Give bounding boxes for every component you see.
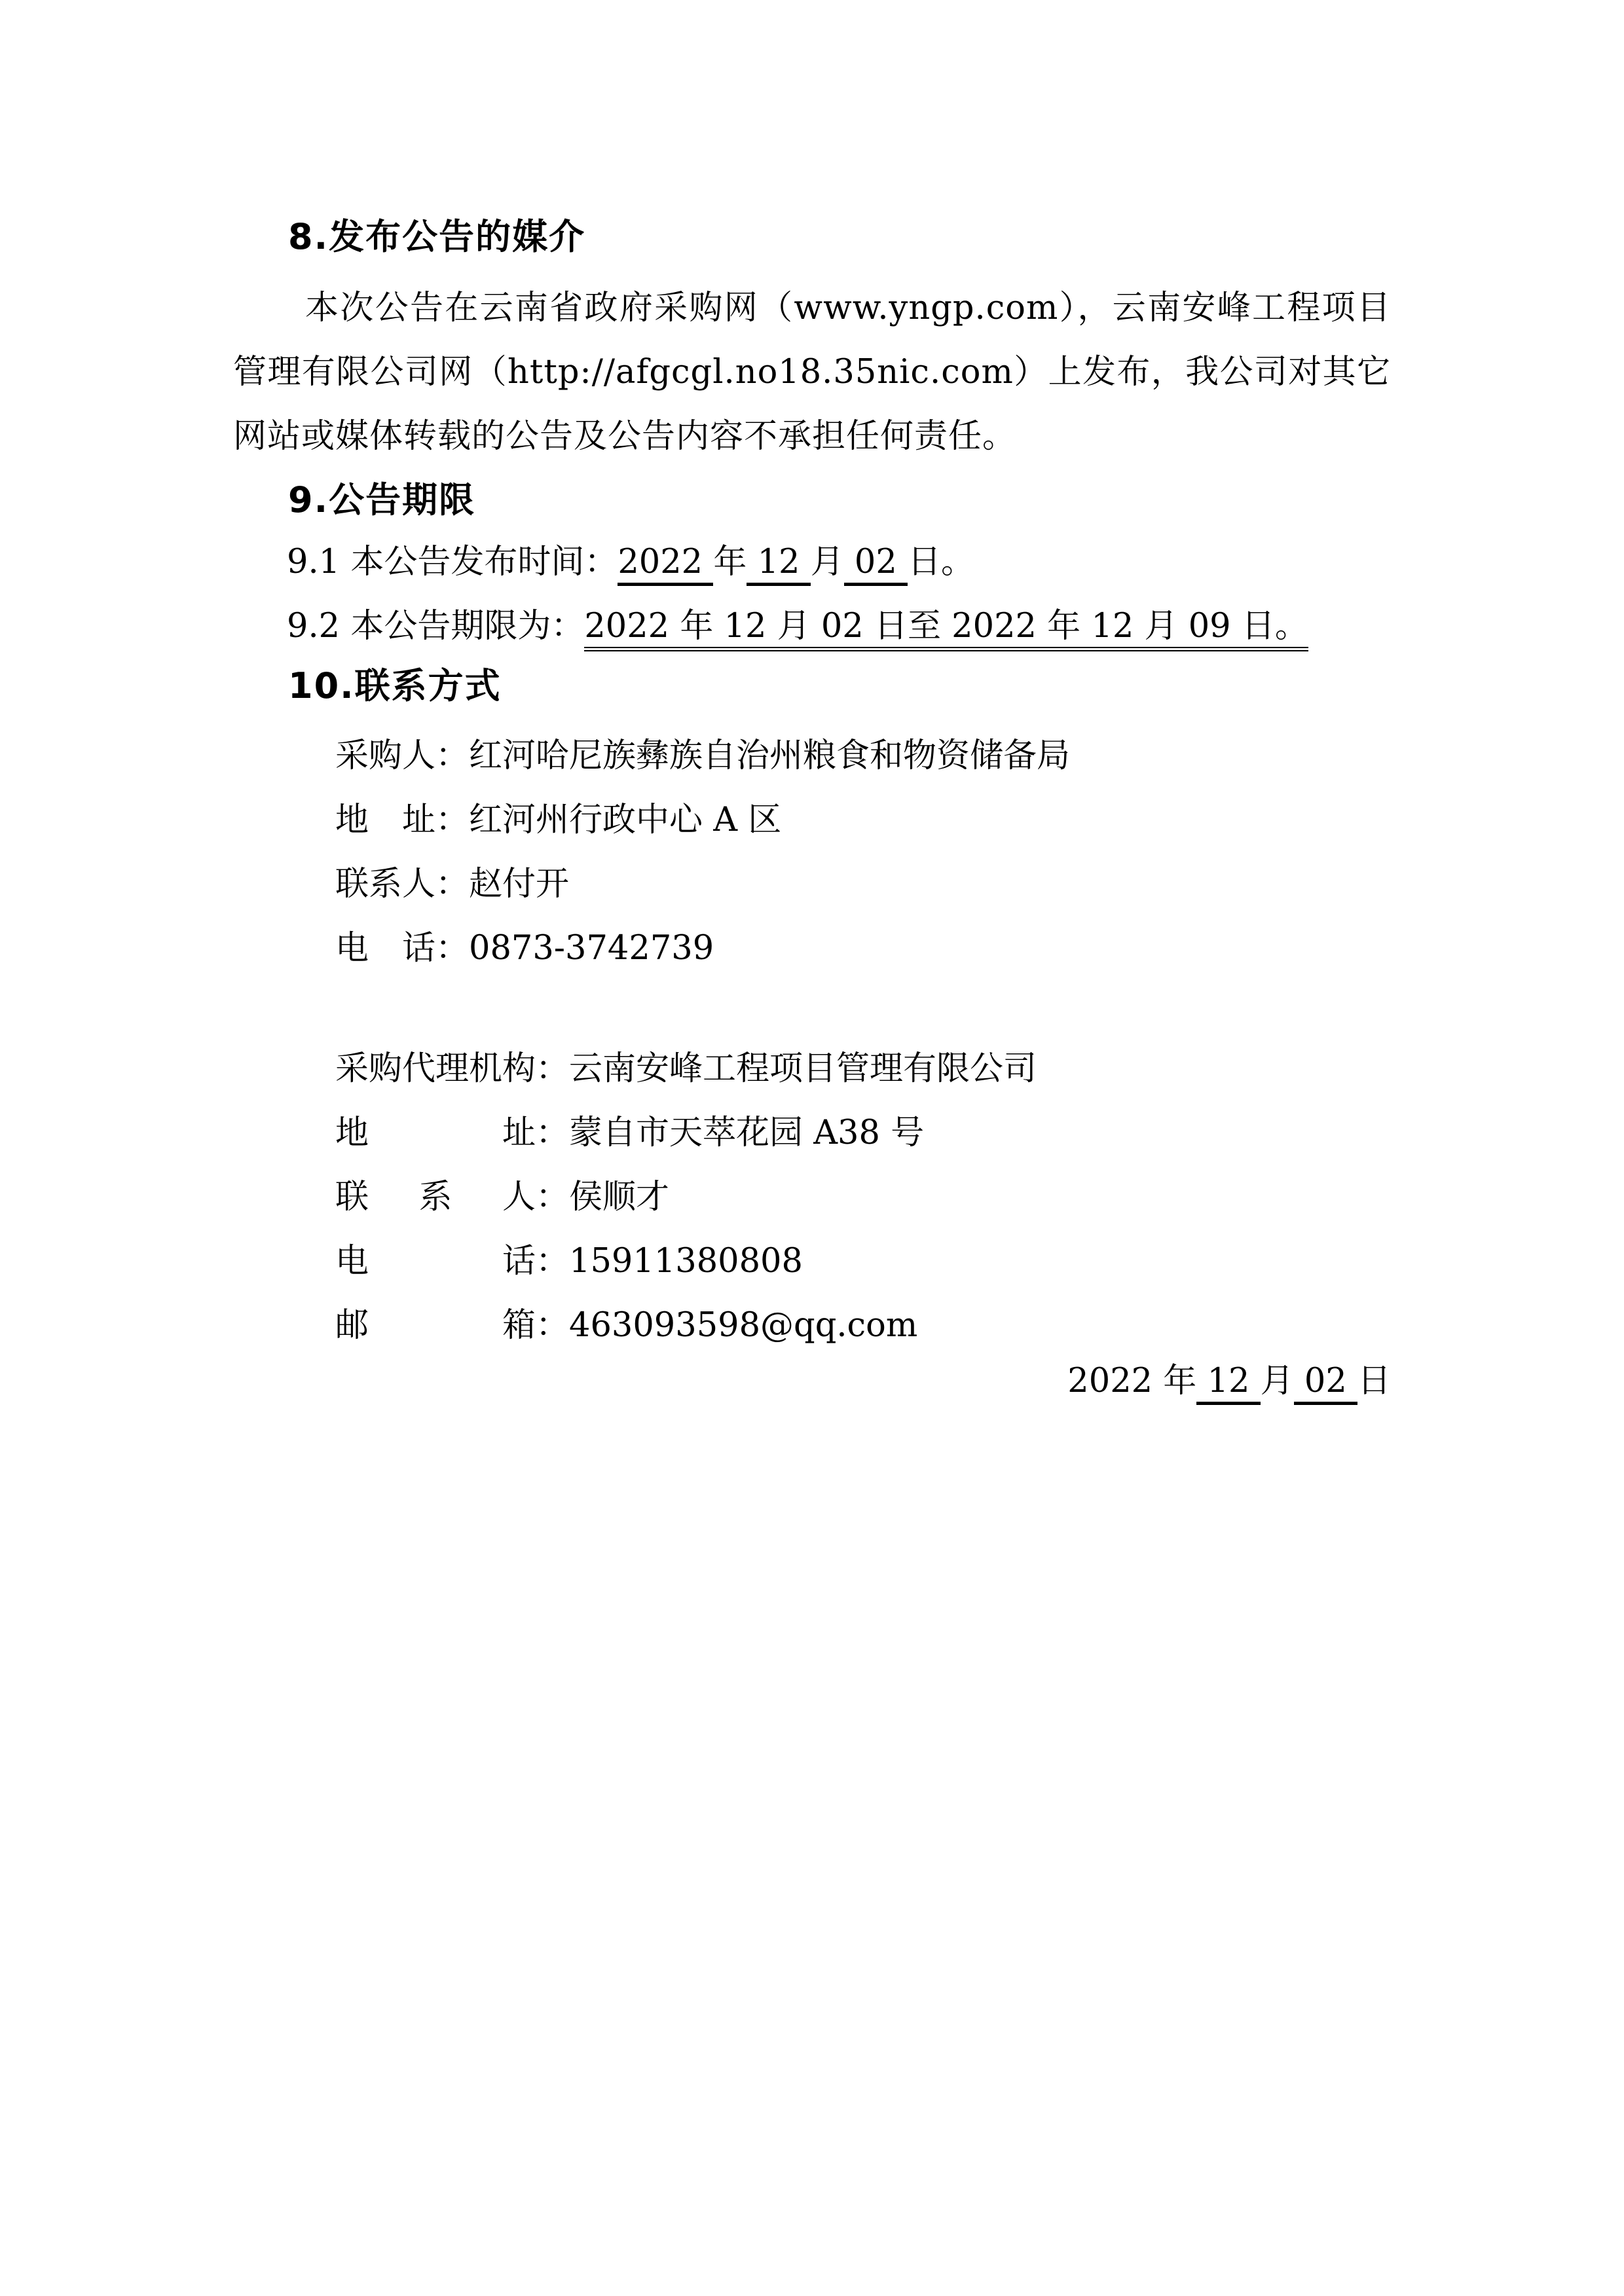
phone-label: 电话	[335, 917, 435, 981]
agency-name-value: 云南安峰工程项目管理有限公司	[569, 1049, 1037, 1088]
item-9-1-prefix: 9.1 本公告发布时间：	[287, 543, 618, 581]
day-char: 日。	[908, 543, 974, 581]
item-9-2-prefix: 9.2 本公告期限为：	[287, 607, 584, 646]
document-content: 8.发布公告的媒介 本次公告在云南省政府采购网（www.yngp.com），云南…	[233, 216, 1391, 1401]
purchaser-name-value: 红河哈尼族彝族自治州粮食和物资储备局	[469, 737, 1070, 775]
agency-block: 采购代理机构：云南安峰工程项目管理有限公司 地址：蒙自市天萃花园 A38 号 联…	[233, 1037, 1391, 1358]
address-label: 地址	[335, 1101, 536, 1165]
section-9-heading: 9.公告期限	[233, 479, 1391, 521]
purchaser-address-value: 红河州行政中心 A 区	[469, 801, 781, 839]
contact-person-label: 联系人	[335, 1165, 536, 1230]
agency-line-contact: 联系人：侯顺才	[335, 1165, 1391, 1230]
agency-line-address: 地址：蒙自市天萃花园 A38 号	[335, 1101, 1391, 1165]
month-char: 月	[1261, 1362, 1294, 1400]
section-8-paragraph: 本次公告在云南省政府采购网（www.yngp.com），云南安峰工程项目管理有限…	[233, 276, 1391, 469]
day-char: 日	[1357, 1362, 1391, 1400]
purchaser-block: 采购人：红河哈尼族彝族自治州粮食和物资储备局 地址：红河州行政中心 A 区 联系…	[233, 724, 1391, 981]
colon: ：	[536, 1306, 569, 1345]
purchaser-line-phone: 电话：0873-3742739	[335, 917, 1391, 981]
announcement-period-range: 2022 年 12 月 02 日至 2022 年 12 月 09 日。	[584, 607, 1308, 651]
purchaser-phone-value: 0873-3742739	[469, 929, 714, 968]
phone-label: 电话	[335, 1230, 536, 1294]
colon: ：	[435, 737, 469, 775]
purchaser-contact-value: 赵付开	[469, 865, 569, 903]
agency-line-phone: 电话：15911380808	[335, 1230, 1391, 1294]
item-9-1: 9.1 本公告发布时间：2022 年 12 月 02 日。	[287, 530, 1391, 594]
date-month-value: 12	[1196, 1362, 1260, 1405]
agency-phone-value: 15911380808	[569, 1242, 803, 1281]
agency-line-name: 采购代理机构：云南安峰工程项目管理有限公司	[335, 1037, 1391, 1101]
address-label: 地址	[335, 788, 435, 852]
email-label: 邮箱	[335, 1294, 536, 1358]
purchaser-line-address: 地址：红河州行政中心 A 区	[335, 788, 1391, 852]
colon: ：	[536, 1178, 569, 1216]
agency-email-value: 463093598@qq.com	[569, 1306, 917, 1345]
agency-line-email: 邮箱：463093598@qq.com	[335, 1294, 1391, 1358]
colon: ：	[536, 1242, 569, 1281]
purchaser-label: 采购人	[335, 724, 435, 788]
announcement-period-items: 9.1 本公告发布时间：2022 年 12 月 02 日。 9.2 本公告期限为…	[233, 530, 1391, 659]
colon: ：	[435, 801, 469, 839]
purchaser-line-name: 采购人：红河哈尼族彝族自治州粮食和物资储备局	[335, 724, 1391, 788]
colon: ：	[435, 865, 469, 903]
agency-label: 采购代理机构	[335, 1037, 536, 1101]
date-year-part: 2022 年	[1067, 1362, 1196, 1400]
document-page: 8.发布公告的媒介 本次公告在云南省政府采购网（www.yngp.com），云南…	[0, 0, 1624, 2296]
month-char: 月	[811, 543, 844, 581]
colon: ：	[536, 1049, 569, 1088]
colon: ：	[435, 929, 469, 968]
publish-month: 12	[747, 543, 810, 586]
signature-date-line: 2022 年 12 月 02 日	[233, 1362, 1391, 1401]
colon: ：	[536, 1114, 569, 1152]
agency-contact-value: 侯顺才	[569, 1178, 669, 1216]
publish-year: 2022	[618, 543, 713, 586]
section-8-heading: 8.发布公告的媒介	[233, 216, 1391, 258]
agency-address-value: 蒙自市天萃花园 A38 号	[569, 1114, 924, 1152]
publish-day: 02	[844, 543, 908, 586]
contact-person-label: 联系人	[335, 852, 435, 917]
item-9-2: 9.2 本公告期限为：2022 年 12 月 02 日至 2022 年 12 月…	[287, 594, 1391, 659]
year-char: 年	[713, 543, 747, 581]
date-day-value: 02	[1294, 1362, 1357, 1405]
section-10-heading: 10.联系方式	[233, 665, 1391, 707]
purchaser-line-contact: 联系人：赵付开	[335, 852, 1391, 917]
